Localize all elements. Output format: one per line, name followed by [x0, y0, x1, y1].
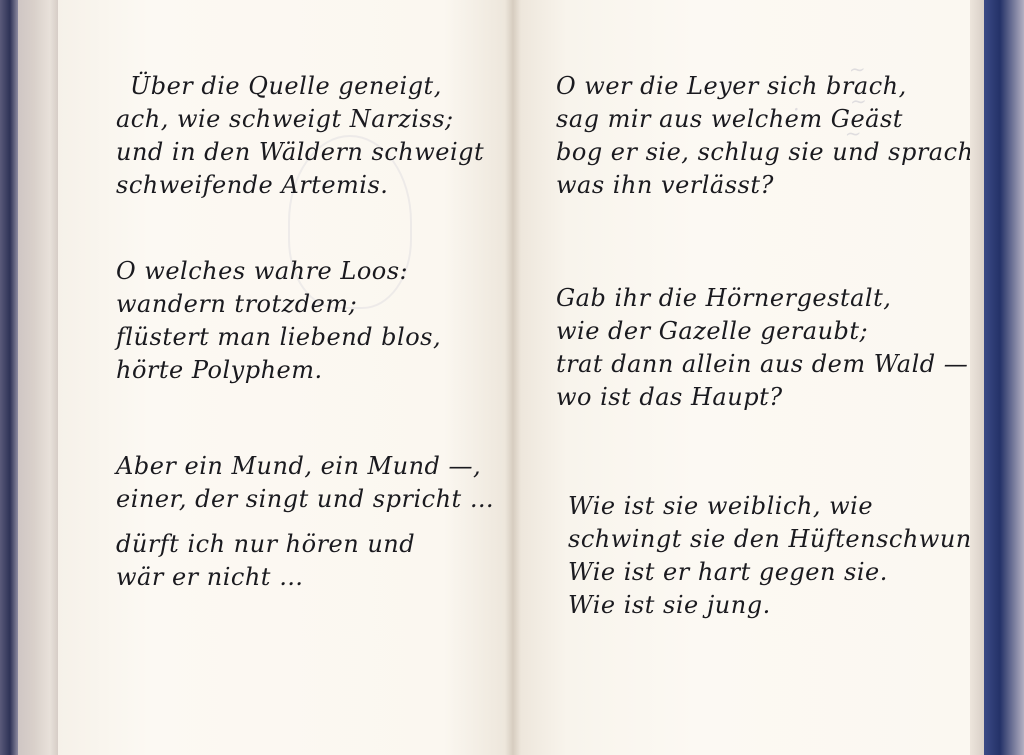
- poem-line: wär er nicht …: [116, 561, 494, 594]
- poem-line: trat dann allein aus dem Wald —: [556, 348, 968, 381]
- poem-line: dürft ich nur hören und: [116, 528, 494, 561]
- poem-line: flüstert man liebend blos,: [116, 321, 441, 354]
- book-cover-right: [984, 0, 1024, 755]
- poem-line: Wie ist sie jung.: [568, 589, 996, 622]
- poem-line: was ihn verlässt?: [556, 169, 974, 202]
- poem-line: sag mir aus welchem Geäst: [556, 103, 974, 136]
- poem-line: Wie ist er hart gegen sie.: [568, 556, 996, 589]
- poem-line: wo ist das Haupt?: [556, 381, 968, 414]
- poem-line: schwingt sie den Hüftenschwung.: [568, 523, 996, 556]
- stanza-4: O wer die Leyer sich brach, sag mir aus …: [556, 70, 974, 202]
- poem-line: O welches wahre Loos:: [116, 255, 441, 288]
- poem-line: Aber ein Mund, ein Mund —,: [116, 450, 494, 483]
- poem-line: Wie ist sie weiblich, wie: [568, 490, 996, 523]
- poem-line: O wer die Leyer sich brach,: [556, 70, 974, 103]
- poem-line: wandern trotzdem;: [116, 288, 441, 321]
- left-page: Über die Quelle geneigt, ach, wie schwei…: [58, 0, 512, 755]
- poem-line: Gab ihr die Hörnergestalt,: [556, 282, 968, 315]
- page-edges-left: [18, 0, 58, 755]
- poem-line: Über die Quelle geneigt,: [130, 70, 484, 103]
- poem-line: und in den Wäldern schweigt: [116, 136, 484, 169]
- poem-line: schweifende Artemis.: [116, 169, 484, 202]
- stanza-2: O welches wahre Loos: wandern trotzdem; …: [116, 255, 441, 387]
- right-page: ~ . ~ ~ O wer die Leyer sich brach, sag …: [512, 0, 970, 755]
- poem-line: wie der Gazelle geraubt;: [556, 315, 968, 348]
- stanza-5: Gab ihr die Hörnergestalt, wie der Gazel…: [556, 282, 968, 414]
- book-cover-left: [0, 0, 18, 755]
- stanza-6: Wie ist sie weiblich, wie schwingt sie d…: [568, 490, 996, 622]
- book-gutter: [505, 0, 521, 755]
- stanza-1: Über die Quelle geneigt, ach, wie schwei…: [116, 70, 484, 202]
- poem-line: einer, der singt und spricht …: [116, 483, 494, 516]
- poem-line: bog er sie, schlug sie und sprach: [556, 136, 974, 169]
- poem-line: ach, wie schweigt Narziss;: [116, 103, 484, 136]
- stanza-3: Aber ein Mund, ein Mund —, einer, der si…: [116, 450, 494, 594]
- poem-line: hörte Polyphem.: [116, 354, 441, 387]
